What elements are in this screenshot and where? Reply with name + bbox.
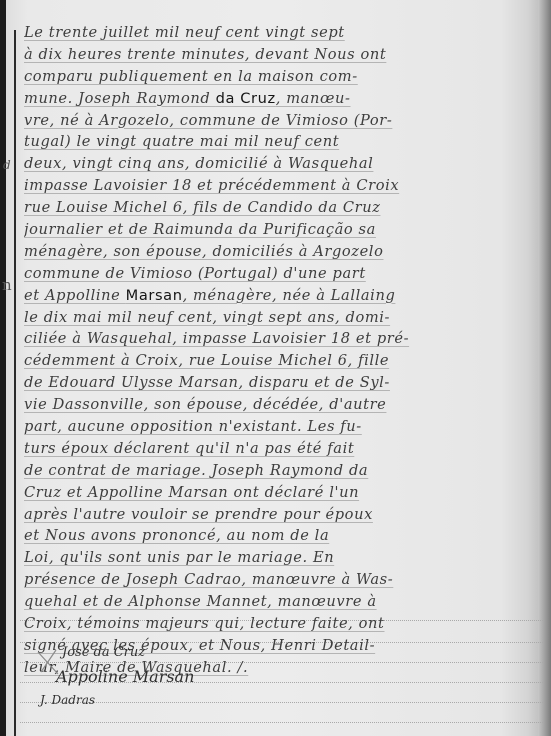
record-line: Croix, témoins majeurs qui, lecture fait… bbox=[24, 613, 544, 635]
stamped-name: Marsan bbox=[126, 287, 183, 304]
record-line: commune de Vimioso (Portugal) d'une part bbox=[24, 263, 544, 285]
record-line: impasse Lavoisier 18 et précédemment à C… bbox=[24, 175, 544, 197]
record-line: après l'autre vouloir se prendre pour ép… bbox=[24, 504, 544, 526]
record-line: présence de Joseph Cadrao, manœuvre à Wa… bbox=[24, 569, 544, 591]
rule-line bbox=[20, 702, 543, 703]
record-line: comparu publiquement en la maison com- bbox=[24, 66, 544, 88]
record-line: de contrat de mariage. Joseph Raymond da bbox=[24, 460, 544, 482]
margin-annotation: d bbox=[3, 158, 11, 172]
record-line: cédemment à Croix, rue Louise Michel 6, … bbox=[24, 350, 544, 372]
record-body: Le trente juillet mil neuf cent vingt se… bbox=[24, 22, 544, 679]
record-line: ménagère, son épouse, domiciliés à Argoz… bbox=[24, 241, 544, 263]
left-margin-rule bbox=[14, 30, 16, 736]
signature-groom: José da Cruz bbox=[62, 645, 145, 660]
record-line: à dix heures trente minutes, devant Nous… bbox=[24, 44, 544, 66]
record-line: et Nous avons prononcé, au nom de la bbox=[24, 525, 544, 547]
scanned-register-page: d n Le trente juillet mil neuf cent ving… bbox=[0, 0, 551, 736]
record-line: tugal) le vingt quatre mai mil neuf cent bbox=[24, 131, 544, 153]
record-line: journalier et de Raimunda da Purificação… bbox=[24, 219, 544, 241]
signature-witness: J. Dadras bbox=[40, 693, 95, 707]
record-line: le dix mai mil neuf cent, vingt sept ans… bbox=[24, 307, 544, 329]
record-line: deux, vingt cinq ans, domicilié à Wasque… bbox=[24, 153, 544, 175]
record-line: quehal et de Alphonse Mannet, manœuvre à bbox=[24, 591, 544, 613]
record-line: ciliée à Wasquehal, impasse Lavoisier 18… bbox=[24, 328, 544, 350]
record-line: Le trente juillet mil neuf cent vingt se… bbox=[24, 22, 544, 44]
record-line: turs époux déclarent qu'il n'a pas été f… bbox=[24, 438, 544, 460]
rule-line bbox=[20, 722, 543, 723]
record-line: vie Dassonville, son épouse, décédée, d'… bbox=[24, 394, 544, 416]
margin-annotation: n bbox=[2, 276, 12, 294]
record-line: de Edouard Ulysse Marsan, disparu et de … bbox=[24, 372, 544, 394]
record-line: part, aucune opposition n'existant. Les … bbox=[24, 416, 544, 438]
record-line: Loi, qu'ils sont unis par le mariage. En bbox=[24, 547, 544, 569]
record-line: vre, né à Argozelo, commune de Vimioso (… bbox=[24, 110, 544, 132]
stamped-name: da Cruz bbox=[216, 90, 276, 107]
record-line: Cruz et Appolline Marsan ont déclaré l'u… bbox=[24, 482, 544, 504]
record-line: rue Louise Michel 6, fils de Candido da … bbox=[24, 197, 544, 219]
record-line: et Appolline Marsan, ménagère, née à Lal… bbox=[24, 285, 544, 307]
signature-bride: Appoline Marsan bbox=[56, 667, 194, 686]
record-line: mune. Joseph Raymond da Cruz, manœu- bbox=[24, 88, 544, 110]
